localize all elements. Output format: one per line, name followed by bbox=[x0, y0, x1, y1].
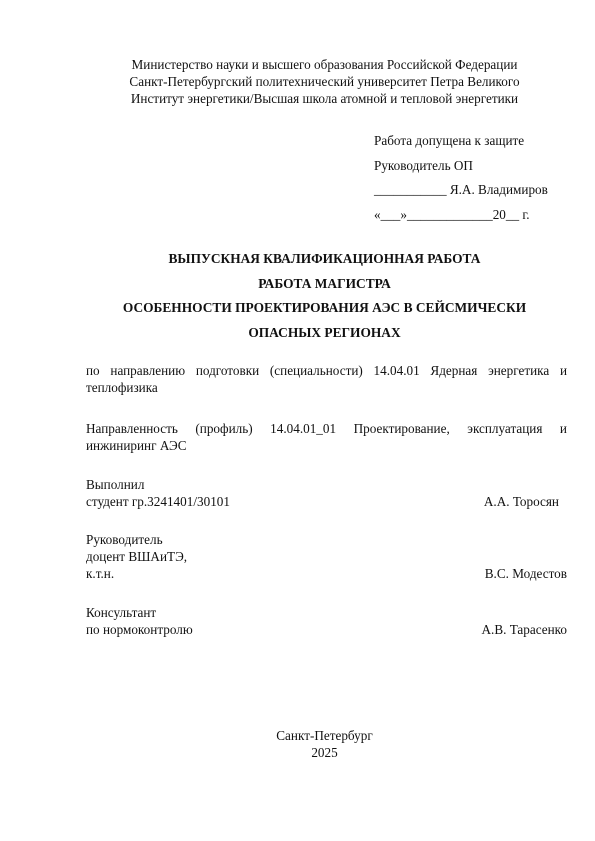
performer-label: Выполнил bbox=[86, 476, 567, 493]
city-year-footer: Санкт-Петербург 2025 bbox=[0, 727, 595, 761]
approval-admitted: Работа допущена к защите bbox=[374, 129, 548, 154]
consultant-position: по нормоконтролю bbox=[86, 621, 193, 638]
profile-line-1: Направленность (профиль) 14.04.01_01 Про… bbox=[86, 420, 567, 437]
work-topic-line-1: ОСОБЕННОСТИ ПРОЕКТИРОВАНИЯ АЭС В СЕЙСМИЧ… bbox=[54, 296, 595, 321]
title-page: Министерство науки и высшего образования… bbox=[0, 0, 595, 841]
supervisor-position: доцент ВШАиТЭ, bbox=[86, 548, 567, 565]
consultant-signature: Консультант по нормоконтролю А.В. Тарасе… bbox=[86, 604, 567, 638]
work-title: ВЫПУСКНАЯ КВАЛИФИКАЦИОННАЯ РАБОТА РАБОТА… bbox=[0, 247, 595, 345]
consultant-label: Консультант bbox=[86, 604, 567, 621]
supervisor-name: В.С. Модестов bbox=[485, 565, 567, 582]
work-degree: РАБОТА МАГИСТРА bbox=[54, 272, 595, 297]
direction-line-1: по направлению подготовки (специальности… bbox=[86, 362, 567, 379]
study-profile: Направленность (профиль) 14.04.01_01 Про… bbox=[86, 420, 567, 454]
footer-year: 2025 bbox=[54, 744, 595, 761]
performer-name: А.А. Торосян bbox=[484, 493, 559, 510]
defense-approval: Работа допущена к защите Руководитель ОП… bbox=[374, 129, 548, 227]
institute-line: Институт энергетики/Высшая школа атомной… bbox=[54, 90, 595, 107]
consultant-name: А.В. Тарасенко bbox=[482, 621, 568, 638]
supervisor-signature: Руководитель доцент ВШАиТЭ, к.т.н. В.С. … bbox=[86, 531, 567, 582]
study-direction: по направлению подготовки (специальности… bbox=[86, 362, 567, 396]
ministry-line: Министерство науки и высшего образования… bbox=[54, 56, 595, 73]
institution-header: Министерство науки и высшего образования… bbox=[0, 56, 595, 107]
supervisor-label: Руководитель bbox=[86, 531, 567, 548]
performer-position: студент гр.3241401/30101 bbox=[86, 493, 230, 510]
work-topic-line-2: ОПАСНЫХ РЕГИОНАХ bbox=[54, 321, 595, 346]
supervisor-degree: к.т.н. bbox=[86, 565, 114, 582]
performer-signature: Выполнил студент гр.3241401/30101 А.А. Т… bbox=[86, 476, 567, 510]
footer-city: Санкт-Петербург bbox=[54, 727, 595, 744]
approval-signature: ___________ Я.А. Владимиров bbox=[374, 178, 548, 203]
work-type: ВЫПУСКНАЯ КВАЛИФИКАЦИОННАЯ РАБОТА bbox=[54, 247, 595, 272]
profile-line-2: инжиниринг АЭС bbox=[86, 437, 567, 454]
university-line: Санкт-Петербургский политехнический унив… bbox=[54, 73, 595, 90]
approval-date: «___»_____________20__ г. bbox=[374, 203, 548, 228]
direction-line-2: теплофизика bbox=[86, 379, 567, 396]
approval-role: Руководитель ОП bbox=[374, 154, 548, 179]
